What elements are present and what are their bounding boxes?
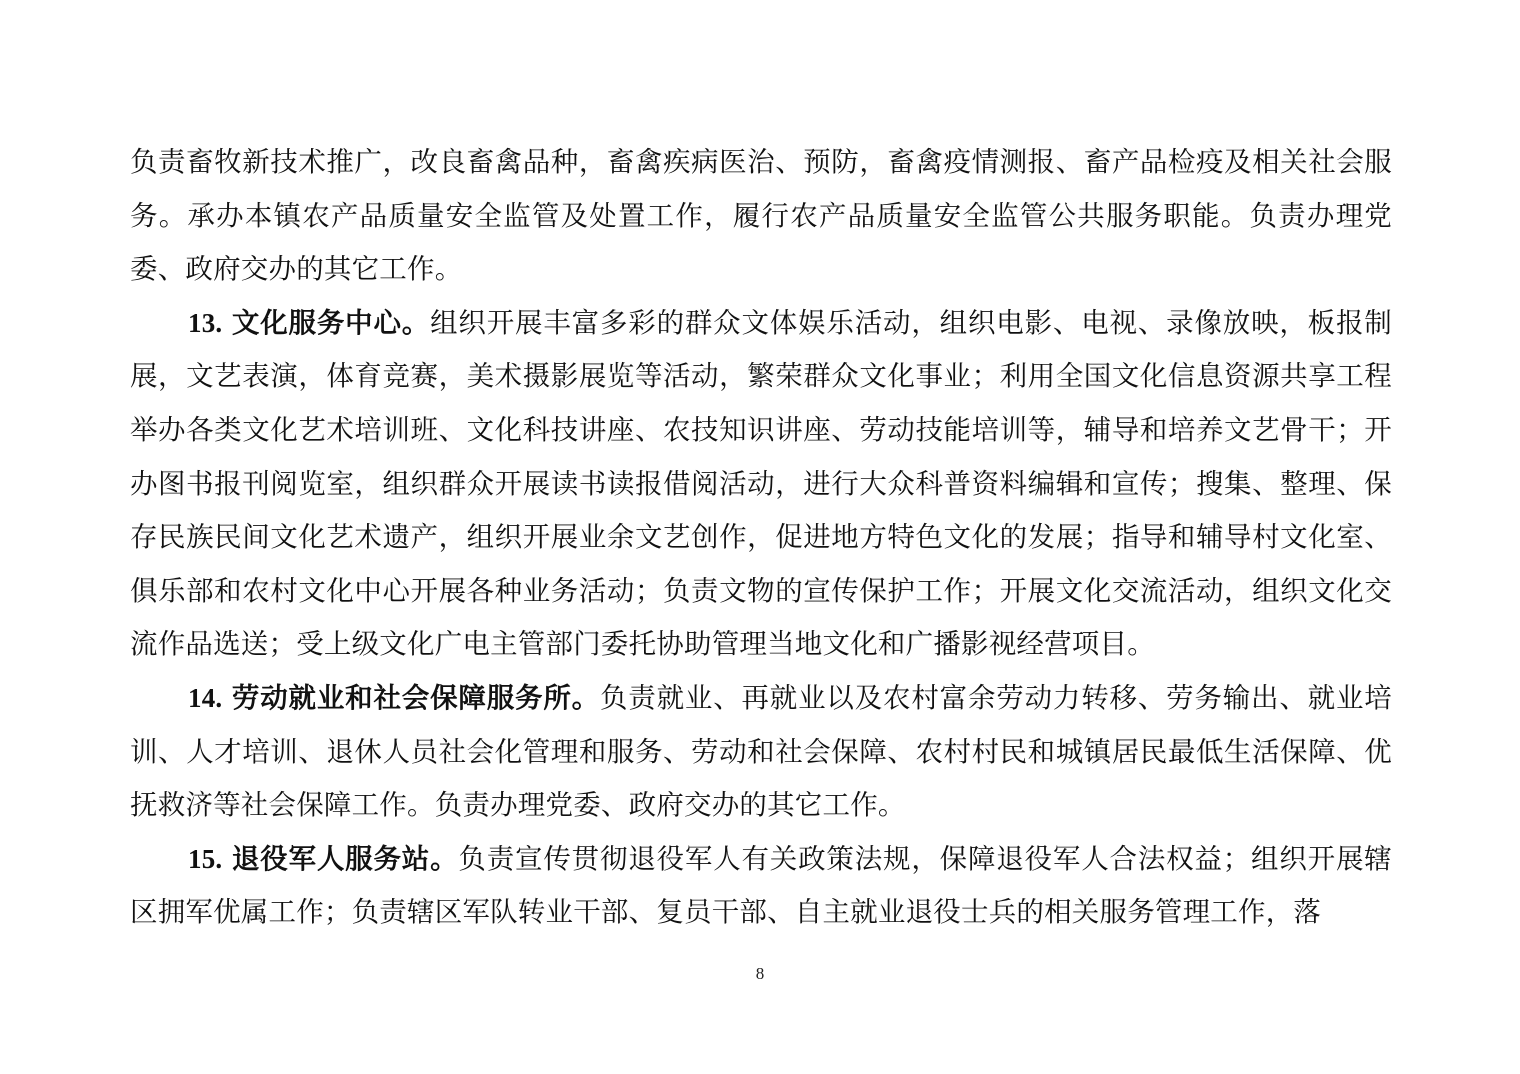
paragraph-labor-social-security: 14. 劳动就业和社会保障服务所。负责就业、再就业以及农村富余劳动力转移、劳务输…	[130, 672, 1392, 833]
item-number: 15.	[188, 844, 222, 874]
item-heading: 劳动就业和社会保障服务所。	[232, 682, 600, 714]
paragraph-veterans-service: 15. 退役军人服务站。负责宣传贯彻退役军人有关政策法规，保障退役军人合法权益；…	[130, 833, 1392, 940]
item-number: 13.	[188, 308, 222, 338]
item-number: 14.	[188, 683, 222, 713]
paragraph-text: 负责畜牧新技术推广，改良畜禽品种，畜禽疾病医治、预防，畜禽疫情测报、畜产品检疫及…	[130, 146, 1392, 285]
document-page: 负责畜牧新技术推广，改良畜禽品种，畜禽疾病医治、预防，畜禽疫情测报、畜产品检疫及…	[130, 136, 1392, 940]
page-number: 8	[0, 964, 1520, 984]
paragraph-text: 组织开展丰富多彩的群众文体娱乐活动，组织电影、电视、录像放映，板报制展，文艺表演…	[130, 307, 1392, 661]
item-heading: 文化服务中心。	[232, 307, 430, 339]
paragraph-livestock-services: 负责畜牧新技术推广，改良畜禽品种，畜禽疾病医治、预防，畜禽疫情测报、畜产品检疫及…	[130, 136, 1392, 297]
paragraph-culture-center: 13. 文化服务中心。组织开展丰富多彩的群众文体娱乐活动，组织电影、电视、录像放…	[130, 297, 1392, 672]
item-heading: 退役军人服务站。	[232, 843, 458, 875]
